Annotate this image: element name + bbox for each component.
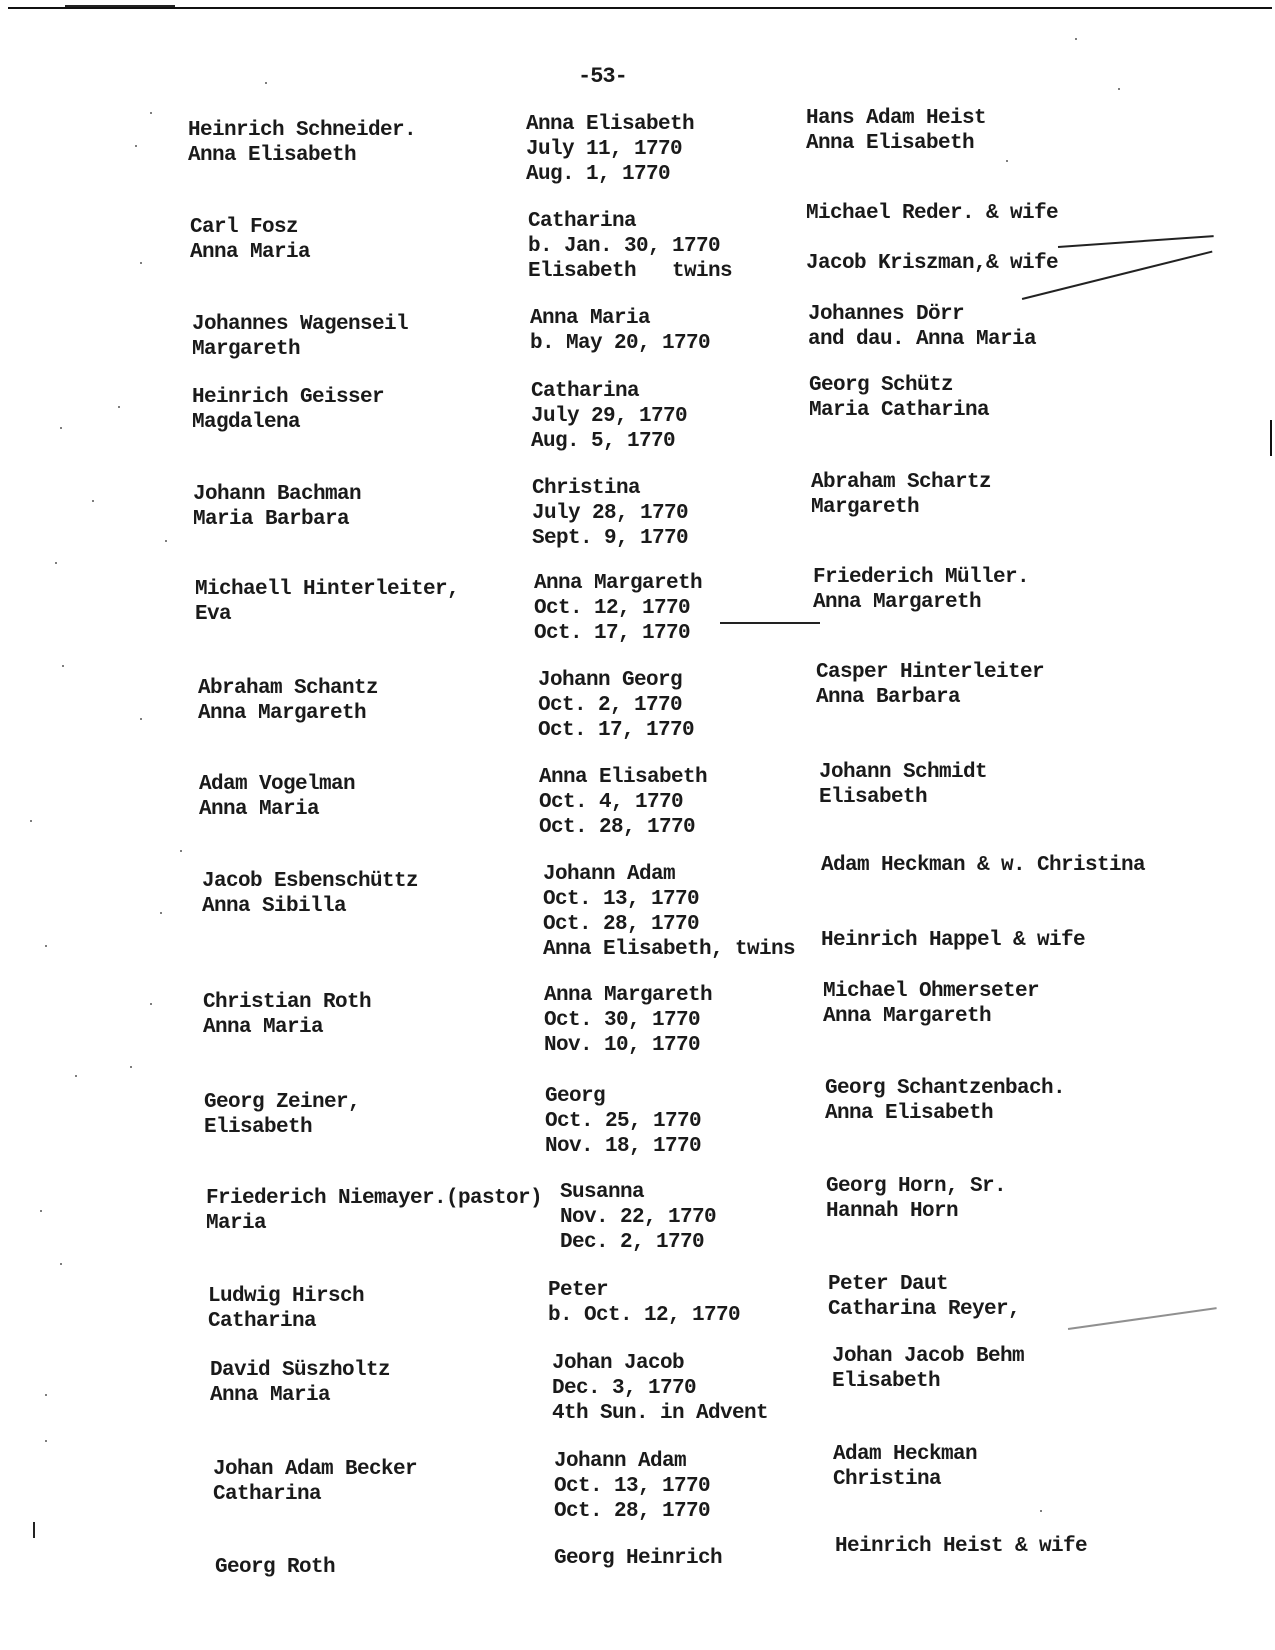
child-line: July 11, 1770 [526,137,694,162]
child-line: Aug. 5, 1770 [531,429,687,454]
child-line: Georg [545,1084,701,1109]
child-line: Dec. 3, 1770 [552,1376,768,1401]
record-parents: Carl FoszAnna Maria [190,215,310,265]
sponsors-line: Georg Horn, Sr. [826,1174,1006,1199]
record-parents: Jacob EsbenschüttzAnna Sibilla [202,869,418,919]
scan-speck [45,1440,47,1442]
sponsors-line: Anna Margareth [823,1004,1039,1029]
sponsors-line: Anna Margareth [813,590,1029,615]
sponsors-line: Anna Elisabeth [825,1101,1065,1126]
scan-speck [165,540,167,542]
sponsors-line: Anna Barbara [816,685,1044,710]
record-sponsors: Friederich Müller.Anna Margareth [813,565,1029,615]
record-sponsors: Johan Jacob BehmElisabeth [832,1344,1024,1394]
record-child: CatharinaJuly 29, 1770Aug. 5, 1770 [531,379,687,454]
sponsors-line: Heinrich Heist & wife [835,1534,1087,1559]
scan-speck [62,665,64,667]
record-parents: Ludwig HirschCatharina [208,1284,364,1334]
record-sponsors: Georg SchützMaria Catharina [809,373,989,423]
sponsors-line: Hans Adam Heist [806,106,986,131]
scan-speck [1118,88,1120,90]
scan-speck [118,406,120,408]
child-line: Oct. 13, 1770 [543,887,795,912]
parents-line: Heinrich Schneider. [188,118,416,143]
parents-line: Elisabeth [204,1115,360,1140]
sponsors-line: Adam Heckman [833,1442,977,1467]
record-parents: Friederich Niemayer.(pastor)Maria [206,1186,542,1236]
sponsors-line: Adam Heckman & w. Christina [821,853,1145,878]
child-line: Oct. 28, 1770 [539,815,707,840]
record-parents: Michaell Hinterleiter,Eva [195,577,459,627]
record-child: Johann AdamOct. 13, 1770Oct. 28, 1770 [554,1449,710,1524]
sponsors-line: Friederich Müller. [813,565,1029,590]
child-line: Oct. 17, 1770 [534,621,702,646]
parents-line: Anna Maria [210,1383,390,1408]
annotation-line [1058,235,1214,247]
child-line: Anna Margareth [544,983,712,1008]
parents-line: Johannes Wagenseil [192,312,408,337]
scan-speck [150,1003,152,1005]
record-parents: Heinrich GeisserMagdalena [192,385,384,435]
parents-line: Anna Maria [199,797,355,822]
parents-line: Eva [195,602,459,627]
sponsors-line: Peter Daut [828,1272,1020,1297]
scan-speck [55,562,57,564]
record-child: Johann GeorgOct. 2, 1770Oct. 17, 1770 [538,668,694,743]
sponsors-line: Hannah Horn [826,1199,1006,1224]
record-parents: Abraham SchantzAnna Margareth [198,676,378,726]
parents-line: Anna Elisabeth [188,143,416,168]
child-line: Oct. 4, 1770 [539,790,707,815]
scan-speck [45,1394,47,1396]
scan-speck [140,262,142,264]
child-line: Johann Adam [543,862,795,887]
sponsors-line: Heinrich Happel & wife [821,928,1145,953]
child-line: Johann Adam [554,1449,710,1474]
child-line: Dec. 2, 1770 [560,1230,716,1255]
sponsors-line: Margareth [811,495,991,520]
child-line: Anna Maria [530,306,710,331]
parents-line: Michaell Hinterleiter, [195,577,459,602]
parents-line: Magdalena [192,410,384,435]
child-line: Catharina [531,379,687,404]
sponsors-line: Michael Ohmerseter [823,979,1039,1004]
record-parents: David SüszholtzAnna Maria [210,1358,390,1408]
child-line: July 29, 1770 [531,404,687,429]
record-child: Anna ElisabethJuly 11, 1770Aug. 1, 1770 [526,112,694,187]
parents-line: Anna Maria [203,1015,371,1040]
child-line: Catharina [528,209,732,234]
record-sponsors: Georg Schantzenbach.Anna Elisabeth [825,1076,1065,1126]
child-line: Anna Elisabeth, twins [543,937,795,962]
scan-speck [150,112,152,114]
record-child: Johann AdamOct. 13, 1770Oct. 28, 1770Ann… [543,862,795,962]
scan-speck [135,145,137,147]
parents-line: Catharina [213,1482,417,1507]
record-sponsors: Heinrich Heist & wife [835,1534,1087,1559]
parents-line: Adam Vogelman [199,772,355,797]
child-line: Oct. 12, 1770 [534,596,702,621]
record-sponsors: Johannes Dörrand dau. Anna Maria [808,302,1036,352]
parents-line: Abraham Schantz [198,676,378,701]
record-child: ChristinaJuly 28, 1770Sept. 9, 1770 [532,476,688,551]
sponsors-line: Michael Reder. & wife [806,201,1058,226]
child-line: Oct. 28, 1770 [554,1499,710,1524]
sponsors-line: Casper Hinterleiter [816,660,1044,685]
child-line: Oct. 13, 1770 [554,1474,710,1499]
scan-speck [180,850,182,852]
sponsors-line: Catharina Reyer, [828,1297,1020,1322]
record-child: Johan JacobDec. 3, 17704th Sun. in Adven… [552,1351,768,1426]
record-sponsors: Michael OhmerseterAnna Margareth [823,979,1039,1029]
record-parents: Georg Roth [215,1555,335,1580]
parents-line: Johann Bachman [193,482,361,507]
margin-mark [33,1522,35,1538]
sponsors-line: Abraham Schartz [811,470,991,495]
record-parents: Johan Adam BeckerCatharina [213,1457,417,1507]
parents-line: Margareth [192,337,408,362]
record-child: Peterb. Oct. 12, 1770 [548,1278,740,1328]
scan-speck [1040,1510,1042,1512]
child-line: 4th Sun. in Advent [552,1401,768,1426]
scan-speck [75,1075,77,1077]
record-parents: Adam VogelmanAnna Maria [199,772,355,822]
parents-line: Jacob Esbenschüttz [202,869,418,894]
sponsors-line: Georg Schantzenbach. [825,1076,1065,1101]
scan-speck [92,500,94,502]
child-line: Aug. 1, 1770 [526,162,694,187]
child-line: b. Jan. 30, 1770 [528,234,732,259]
page-number: -53- [578,64,627,89]
record-sponsors: Adam HeckmanChristina [833,1442,977,1492]
scan-speck [265,82,267,84]
record-parents: Johannes WagenseilMargareth [192,312,408,362]
record-parents: Christian RothAnna Maria [203,990,371,1040]
parents-line: Georg Zeiner, [204,1090,360,1115]
sponsors-line: and dau. Anna Maria [808,327,1036,352]
parents-line: Anna Sibilla [202,894,418,919]
sponsors-line [821,878,1145,903]
child-line: Oct. 17, 1770 [538,718,694,743]
scan-speck [60,427,62,429]
record-sponsors: Michael Reder. & wife Jacob Kriszman,& w… [806,201,1058,276]
record-sponsors: Hans Adam HeistAnna Elisabeth [806,106,986,156]
sponsors-line: Maria Catharina [809,398,989,423]
child-line: Johan Jacob [552,1351,768,1376]
parents-line: Maria Barbara [193,507,361,532]
child-line: Oct. 2, 1770 [538,693,694,718]
child-line: Sept. 9, 1770 [532,526,688,551]
parents-line: Christian Roth [203,990,371,1015]
annotation-line [1068,1307,1217,1329]
sponsors-line: Elisabeth [832,1369,1024,1394]
child-line: Elisabeth twins [528,259,732,284]
sponsors-line: Johan Jacob Behm [832,1344,1024,1369]
record-child: Georg Heinrich [554,1546,722,1571]
child-line: Anna Margareth [534,571,702,596]
record-sponsors: Casper HinterleiterAnna Barbara [816,660,1044,710]
record-sponsors: Georg Horn, Sr.Hannah Horn [826,1174,1006,1224]
scan-speck [140,718,142,720]
top-border-line [8,7,1272,9]
child-line: Christina [532,476,688,501]
sponsors-line: Georg Schütz [809,373,989,398]
scan-speck [1006,160,1008,162]
child-line: Oct. 25, 1770 [545,1109,701,1134]
scan-speck [160,912,162,914]
record-child: Anna MargarethOct. 12, 1770Oct. 17, 1770 [534,571,702,646]
parents-line: David Süszholtz [210,1358,390,1383]
record-child: Catharinab. Jan. 30, 1770Elisabeth twins [528,209,732,284]
record-parents: Georg Zeiner,Elisabeth [204,1090,360,1140]
sponsors-line [806,226,1058,251]
record-sponsors: Abraham SchartzMargareth [811,470,991,520]
scan-speck [130,1066,132,1068]
child-line: Anna Elisabeth [526,112,694,137]
scan-speck [1075,38,1077,40]
sponsors-line: Christina [833,1467,977,1492]
child-line: b. May 20, 1770 [530,331,710,356]
child-line: Nov. 22, 1770 [560,1205,716,1230]
parents-line: Georg Roth [215,1555,335,1580]
child-line: Anna Elisabeth [539,765,707,790]
scan-speck [60,1263,62,1265]
child-line: Johann Georg [538,668,694,693]
child-line: Oct. 30, 1770 [544,1008,712,1033]
parents-line: Johan Adam Becker [213,1457,417,1482]
parents-line: Maria [206,1211,542,1236]
record-parents: Heinrich Schneider.Anna Elisabeth [188,118,416,168]
child-line: Nov. 18, 1770 [545,1134,701,1159]
sponsors-line: Jacob Kriszman,& wife [806,251,1058,276]
annotation-line [720,622,820,624]
sponsors-line: Elisabeth [819,785,987,810]
child-line: Georg Heinrich [554,1546,722,1571]
record-child: Anna ElisabethOct. 4, 1770Oct. 28, 1770 [539,765,707,840]
scan-speck [40,1210,42,1212]
sponsors-line: Johann Schmidt [819,760,987,785]
child-line: b. Oct. 12, 1770 [548,1303,740,1328]
record-sponsors: Adam Heckman & w. Christina Heinrich Hap… [821,853,1145,953]
child-line: Peter [548,1278,740,1303]
sponsors-line [821,903,1145,928]
child-line: Nov. 10, 1770 [544,1033,712,1058]
record-sponsors: Johann SchmidtElisabeth [819,760,987,810]
parents-line: Heinrich Geisser [192,385,384,410]
scan-speck [30,820,32,822]
parents-line: Friederich Niemayer.(pastor) [206,1186,542,1211]
edge-mark [1270,420,1272,456]
record-child: Anna Mariab. May 20, 1770 [530,306,710,356]
parents-line: Catharina [208,1309,364,1334]
record-child: GeorgOct. 25, 1770Nov. 18, 1770 [545,1084,701,1159]
sponsors-line: Johannes Dörr [808,302,1036,327]
parents-line: Anna Margareth [198,701,378,726]
parents-line: Ludwig Hirsch [208,1284,364,1309]
child-line: Oct. 28, 1770 [543,912,795,937]
scan-speck [45,945,47,947]
record-parents: Johann BachmanMaria Barbara [193,482,361,532]
record-sponsors: Peter DautCatharina Reyer, [828,1272,1020,1322]
top-border-mark [65,5,175,7]
parents-line: Carl Fosz [190,215,310,240]
sponsors-line: Anna Elisabeth [806,131,986,156]
parents-line: Anna Maria [190,240,310,265]
child-line: Susanna [560,1180,716,1205]
record-child: Anna MargarethOct. 30, 1770Nov. 10, 1770 [544,983,712,1058]
record-child: SusannaNov. 22, 1770Dec. 2, 1770 [560,1180,716,1255]
child-line: July 28, 1770 [532,501,688,526]
